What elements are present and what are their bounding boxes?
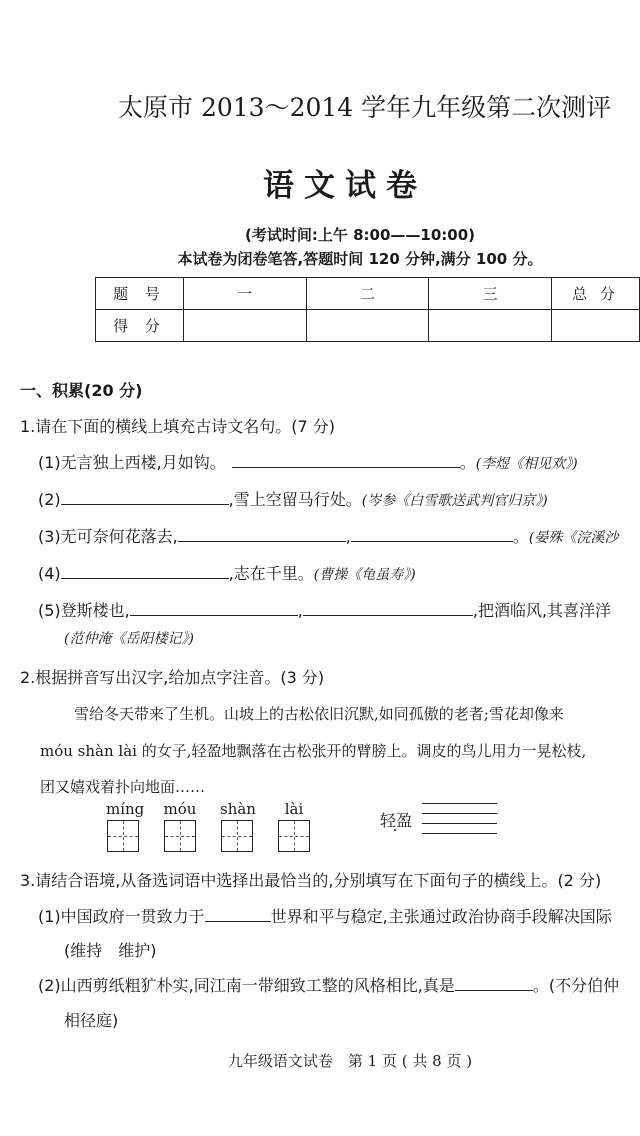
score-cell[interactable] xyxy=(552,310,640,342)
table-header-cell: 题 号 xyxy=(96,278,184,310)
item-text: 。(不分伯仲 xyxy=(533,976,619,995)
exam-rules: 本试卷为闭卷笔答,答题时间 120 分钟,满分 100 分。 xyxy=(0,248,640,269)
source-citation: (曹操《龟虽寿》) xyxy=(314,567,416,583)
answer-line[interactable] xyxy=(422,803,497,804)
score-table: 题 号 一 二 三 总 分 得 分 xyxy=(95,277,640,342)
answer-blank[interactable] xyxy=(178,527,346,542)
item-text: ,志在千里。 xyxy=(229,564,314,583)
item-text: ,雪上空留马行处。 xyxy=(229,490,362,509)
table-header-cell: 三 xyxy=(429,278,552,310)
character-grid[interactable] xyxy=(221,820,253,852)
source-citation: (李煜《相见欢》) xyxy=(476,456,578,472)
item-text: (5)登斯楼也, xyxy=(38,601,130,620)
q1-item-3: (3)无可奈何花落去,,。(晏殊《浣溪沙 xyxy=(38,524,618,547)
score-cell[interactable] xyxy=(183,310,306,342)
table-header-cell: 二 xyxy=(306,278,429,310)
page-footer: 九年级语文试卷 第 1 页 ( 共 8 页 ) xyxy=(0,1050,640,1071)
source-citation: (范仲淹《岳阳楼记》) xyxy=(64,628,194,648)
answer-blank[interactable] xyxy=(205,907,271,922)
answer-blank[interactable] xyxy=(303,601,473,616)
source-citation: (岑参《白雪歌送武判官归京》) xyxy=(362,493,548,509)
item-text: (3)无可奈何花落去, xyxy=(38,527,178,546)
answer-blank[interactable] xyxy=(61,490,229,505)
item-text: (4) xyxy=(38,564,61,583)
source-citation: (晏殊《浣溪沙 xyxy=(529,530,618,546)
dotted-word-text: 轻盈 xyxy=(380,811,412,830)
exam-time: (考试时间:上午 8:00——10:00) xyxy=(0,224,640,245)
item-text: (1)无言独上西楼,月如钩。 xyxy=(38,453,226,472)
answer-blank[interactable] xyxy=(61,564,229,579)
pinyin-label: móu xyxy=(163,800,197,818)
score-cell[interactable] xyxy=(306,310,429,342)
answer-blank[interactable] xyxy=(130,601,298,616)
character-grid[interactable] xyxy=(107,820,139,852)
q3-options-1: (维持 维护) xyxy=(64,938,157,961)
answer-blank[interactable] xyxy=(455,976,533,991)
question-2-prompt: 2.根据拼音写出汉字,给加点字注音。(3 分) xyxy=(20,665,324,688)
item-text: (2)山西剪纸粗犷朴实,同江南一带细致工整的风格相比,真是 xyxy=(38,976,455,995)
exam-title: 太原市 2013～2014 学年九年级第二次测评 xyxy=(118,88,611,124)
item-text: (1)中国政府一贯致力于 xyxy=(38,907,205,926)
table-header-cell: 一 xyxy=(183,278,306,310)
pinyin-box: shàn xyxy=(220,800,254,852)
pinyin-label: shàn xyxy=(220,800,254,818)
q1-item-1: (1)无言独上西楼,月如钩。。(李煜《相见欢》) xyxy=(38,450,578,473)
dotted-word: 轻盈 xyxy=(380,808,412,831)
item-text: 世界和平与稳定,主张通过政治协商手段解决国际 xyxy=(271,907,612,926)
q3-options-2: 相径庭) xyxy=(64,1008,118,1031)
q3-item-2: (2)山西剪纸粗犷朴实,同江南一带细致工整的风格相比,真是。(不分伯仲 xyxy=(38,973,619,996)
answer-line[interactable] xyxy=(422,823,497,824)
passage-line: móu shàn lài 的女子,轻盈地飘落在古松张开的臂膀上。调皮的鸟儿用力一… xyxy=(40,740,586,761)
item-text: 。 xyxy=(513,527,529,546)
answer-blank[interactable] xyxy=(351,527,513,542)
q1-item-4: (4),志在千里。(曹操《龟虽寿》) xyxy=(38,561,416,584)
character-grid[interactable] xyxy=(278,820,310,852)
score-cell[interactable] xyxy=(429,310,552,342)
subject-title: 语文试卷 xyxy=(0,160,640,205)
pinyin-box: lài xyxy=(277,800,311,852)
table-row: 得 分 xyxy=(96,310,640,342)
answer-line[interactable] xyxy=(422,813,497,814)
table-row: 题 号 一 二 三 总 分 xyxy=(96,278,640,310)
question-1-prompt: 1.请在下面的横线上填充古诗文名句。(7 分) xyxy=(20,414,335,437)
table-label-cell: 得 分 xyxy=(96,310,184,342)
q1-item-2: (2),雪上空留马行处。(岑参《白雪歌送武判官归京》) xyxy=(38,487,548,510)
item-text: ,把酒临风,其喜洋洋 xyxy=(473,601,611,620)
section-heading: 一、积累(20 分) xyxy=(20,378,142,401)
q3-item-1: (1)中国政府一贯致力于世界和平与稳定,主张通过政治协商手段解决国际 xyxy=(38,904,612,927)
item-text: 。 xyxy=(460,453,476,472)
passage-line: 雪给冬天带来了生机。山坡上的古松依旧沉默,如同孤傲的老者;雪花却像来 xyxy=(74,703,564,724)
q1-item-5: (5)登斯楼也,,,把酒临风,其喜洋洋 xyxy=(38,598,611,621)
pinyin-label: míng xyxy=(106,800,140,818)
pinyin-label: lài xyxy=(277,800,311,818)
pinyin-box: míng xyxy=(106,800,140,852)
item-text: (2) xyxy=(38,490,61,509)
character-grid[interactable] xyxy=(164,820,196,852)
question-3-prompt: 3.请结合语境,从备选词语中选择出最恰当的,分别填写在下面句子的横线上。(2 分… xyxy=(20,868,601,891)
table-header-cell: 总 分 xyxy=(552,278,640,310)
passage-line: 团又嬉戏着扑向地面…… xyxy=(40,776,205,797)
answer-blank[interactable] xyxy=(232,453,460,468)
pinyin-box: móu xyxy=(163,800,197,852)
answer-line[interactable] xyxy=(422,833,497,834)
